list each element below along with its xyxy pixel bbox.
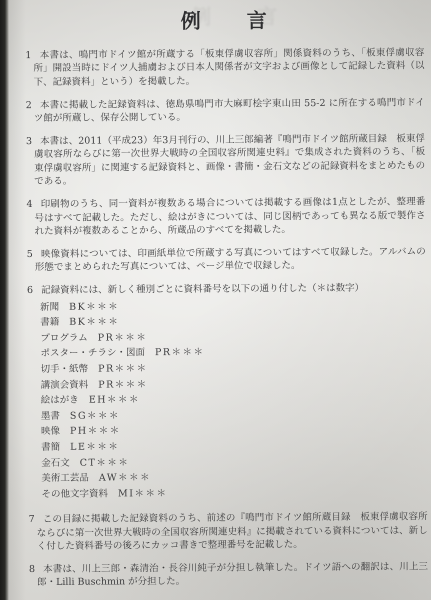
code-value: EH＊＊＊ <box>89 394 140 405</box>
paragraph-number: 5 <box>27 249 33 260</box>
code-value: CT＊＊＊ <box>80 457 130 468</box>
code-label: 墨書 <box>41 411 60 422</box>
paragraph-text: 本書は、2011（平成23）年3月刊行の、川上三郎編著『鳴門市ドイツ館所蔵目録 … <box>34 133 425 187</box>
paragraph-text: 印刷物のうち、同一資料が複数ある場合については掲載する画像は1点としたが、整理番… <box>34 196 425 237</box>
code-value: SG＊＊＊ <box>70 410 120 421</box>
code-label: 絵はがき <box>41 395 79 406</box>
code-value: BK＊＊＊ <box>69 317 119 328</box>
code-label: 映像 <box>41 426 60 437</box>
code-label: プログラム <box>40 332 87 343</box>
paragraph-text: 本書は、鳴門市ドイツ館が所蔵する「板東俘虜収容所」関係資料のうち、「板東俘虜収容… <box>33 47 424 88</box>
scan-edge <box>0 0 9 600</box>
page-title: 例 言 例 言 <box>25 6 424 35</box>
code-list: 新聞BK＊＊＊ 書籍BK＊＊＊ プログラムPR＊＊＊ ポスター・チラシ・図面PR… <box>40 297 427 502</box>
code-value: PR＊＊＊ <box>98 363 148 374</box>
code-value: PH＊＊＊ <box>70 426 121 437</box>
code-row: その他文字資料MI＊＊＊ <box>41 484 427 502</box>
paragraph-4: 4印刷物のうち、同一資料が複数ある場合については掲載する画像は1点としたが、整理… <box>26 195 425 238</box>
scanned-document-page: 例 言 例 言 1本書は、鳴門市ドイツ館が所蔵する「板東俘虜収容所」関係資料のう… <box>0 0 431 600</box>
code-label: 金石文 <box>41 457 70 468</box>
code-value: PR＊＊＊ <box>98 379 148 390</box>
code-label: 講演会資料 <box>41 379 89 390</box>
paragraph-number: 3 <box>26 136 32 147</box>
code-label: 切手・紙幣 <box>41 364 89 375</box>
paragraph-5: 5映像資料については、印画紙単位で所蔵する写真についてはすべて収録した。アルバム… <box>27 245 426 275</box>
title-bleedthrough: 例 言 <box>191 3 279 30</box>
paragraph-number: 7 <box>29 514 35 525</box>
code-label: 美術工芸品 <box>41 473 89 484</box>
paragraph-2: 2本書に掲載した記録資料は、徳島県鳴門市大麻町桧字東山田 55-2 に所在する鳴… <box>26 96 425 126</box>
paragraph-text: 記録資料には、新しく種別ごとに資料番号を以下の通り付した（＊は数字） <box>41 283 364 296</box>
paragraph-number: 2 <box>26 100 32 111</box>
paragraph-text: 本書は、川上三郎・森清治・長谷川純子が分担し執筆した。ドイツ語への翻訳は、川上三… <box>37 561 428 588</box>
paragraph-3: 3本書は、2011（平成23）年3月刊行の、川上三郎編著『鳴門市ドイツ館所蔵目録… <box>26 132 425 188</box>
paragraph-text: 本書に掲載した記録資料は、徳島県鳴門市大麻町桧字東山田 55-2 に所在する鳴門… <box>34 97 425 124</box>
page-content: 例 言 例 言 1本書は、鳴門市ドイツ館が所蔵する「板東俘虜収容所」関係資料のう… <box>9 0 431 600</box>
code-label: その他文字資料 <box>41 488 108 499</box>
code-value: MI＊＊＊ <box>118 488 168 499</box>
paragraph-number: 8 <box>29 564 35 575</box>
code-value: AW＊＊＊ <box>99 472 151 483</box>
paragraph-7: 7この目録に掲載した記録資料のうち、前述の『鳴門市ドイツ館所蔵目録 板東俘虜収容… <box>29 511 428 554</box>
paragraph-number: 1 <box>25 50 31 61</box>
paragraph-8: 8本書は、川上三郎・森清治・長谷川純子が分担し執筆した。ドイツ語への翻訳は、川上… <box>29 560 428 590</box>
code-value: PR＊＊＊ <box>155 347 205 358</box>
paragraph-6: 6記録資料には、新しく種別ごとに資料番号を以下の通り付した（＊は数字） <box>27 281 426 297</box>
code-label: ポスター・チラシ・図面 <box>40 348 145 360</box>
code-value: PR＊＊＊ <box>98 332 148 343</box>
code-value: LE＊＊＊ <box>70 441 119 452</box>
paragraph-1: 1本書は、鳴門市ドイツ館が所蔵する「板東俘虜収容所」関係資料のうち、「板東俘虜収… <box>25 46 424 89</box>
paragraph-number: 6 <box>27 285 33 296</box>
code-label: 新聞 <box>40 301 59 312</box>
code-value: BK＊＊＊ <box>69 301 119 312</box>
code-label: 書籍 <box>40 317 59 328</box>
code-label: 書簡 <box>41 442 60 453</box>
paragraph-number: 4 <box>26 199 32 210</box>
paragraph-text: この目録に掲載した記録資料のうち、前述の『鳴門市ドイツ館所蔵目録 板東俘虜収容所… <box>37 512 428 553</box>
paragraph-text: 映像資料については、印画紙単位で所蔵する写真についてはすべて収録した。アルバムの… <box>35 246 426 273</box>
